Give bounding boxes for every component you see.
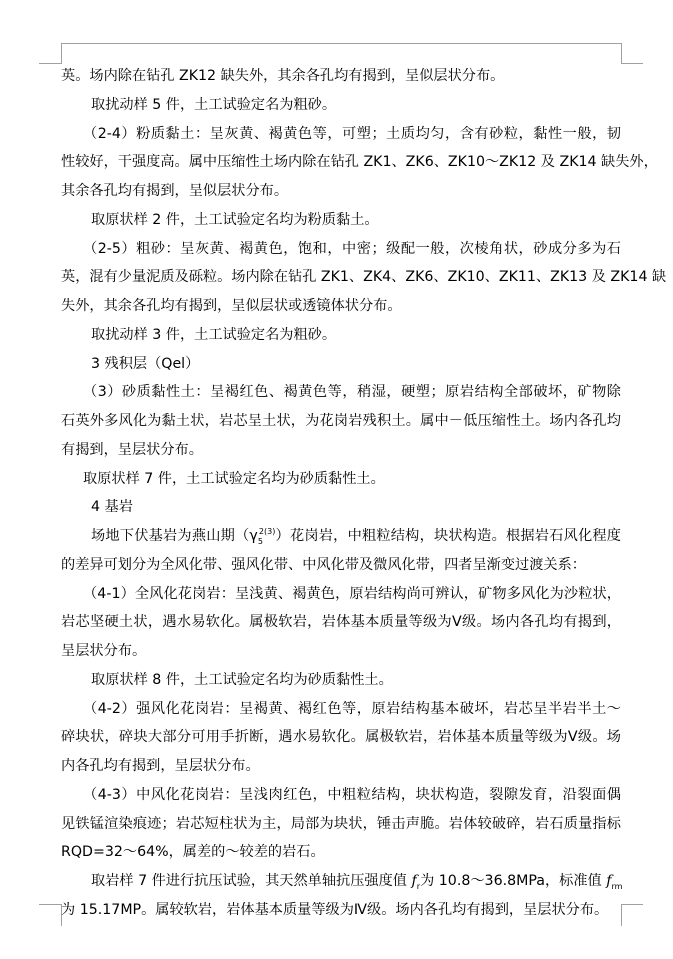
paragraph-line: RQD=32～64%，属差的～较差的岩石。 xyxy=(61,838,621,867)
strength-text-2: 为 10.8～36.8MPa，标准值 xyxy=(420,873,606,889)
paragraph-line: 的差异可划分为全风化带、强风化带、中风化带及微风化带，四者呈渐变过渡关系： xyxy=(61,551,621,580)
paragraph-line: 岩芯坚硬土状，遇水易软化。属极软岩，岩体基本质量等级为Ⅴ级。场内各孔均有揭到， xyxy=(61,608,621,637)
paragraph-line: 英，混有少量泥质及砾粒。场内除在钻孔 ZK1、ZK4、ZK6、ZK10、ZK11… xyxy=(61,263,621,292)
paragraph-line: 内各孔均有揭到，呈层状分布。 xyxy=(61,752,621,781)
paragraph-line: （4-2）强风化花岗岩：呈褐黄、褐红色等，原岩结构基本破坏，岩芯呈半岩半土～ xyxy=(61,695,621,724)
paragraph-line: （4-3）中风化花岗岩：呈浅肉红色，中粗粒结构，块状构造，裂隙发育，沿裂面偶 xyxy=(61,781,621,810)
text-block-upper: 英。场内除在钻孔 ZK12 缺失外，其余各孔均有揭到，呈似层状分布。取扰动样 5… xyxy=(61,62,621,522)
paragraph-line: 有揭到，呈层状分布。 xyxy=(61,436,621,465)
corner-mark-top-left-horizontal xyxy=(39,63,62,64)
paragraph-line: 失外，其余各孔均有揭到，呈似层状或透镜体状分布。 xyxy=(61,292,621,321)
corner-mark-top-right-horizontal xyxy=(621,63,643,64)
formula-subscript: 5 xyxy=(258,537,263,546)
paragraph-line: 见铁锰渲染痕迹；岩芯短柱状为主，局部为块状，锤击声脆。岩体较破碎，岩石质量指标 xyxy=(61,810,621,839)
paragraph-line: 英。场内除在钻孔 ZK12 缺失外，其余各孔均有揭到，呈似层状分布。 xyxy=(61,62,621,91)
paragraph-line: （4-1）全风化花岗岩：呈浅黄、褐黄色，原岩结构尚可辨认，矿物多风化为沙粒状， xyxy=(61,580,621,609)
formula-superscript: 2(3) xyxy=(259,527,275,536)
paragraph-line: 其余各孔均有揭到，呈似层状分布。 xyxy=(61,177,621,206)
paragraph-line: 4 基岩 xyxy=(61,493,621,522)
paragraph-line: 性较好，干强度高。属中压缩性土场内除在钻孔 ZK1、ZK6、ZK10～ZK12 … xyxy=(61,148,621,177)
paragraph-line: 碎块状，碎块大部分可用手折断，遇水易软化。属极软岩，岩体基本质量等级为Ⅴ级。场 xyxy=(61,723,621,752)
paragraph-line: 3 残积层（Qel） xyxy=(61,350,621,379)
strength-text-1: 取岩样 7 件进行抗压试验，其天然单轴抗压强度值 xyxy=(91,873,412,889)
corner-mark-bottom-right-horizontal xyxy=(621,904,643,905)
corner-mark-bottom-right-vertical xyxy=(621,904,622,926)
document-body: 英。场内除在钻孔 ZK12 缺失外，其余各孔均有揭到，呈似层状分布。取扰动样 5… xyxy=(61,62,621,925)
paragraph-line: 呈层状分布。 xyxy=(61,637,621,666)
paragraph-line-last: 为 15.17MP。属较软岩，岩体基本质量等级为Ⅳ级。场内各孔均有揭到，呈层状分… xyxy=(61,896,621,925)
paragraph-line: （2-4）粉质黏土：呈灰黄、褐黄色等，可塑；土质均匀，含有砂粒，黏性一般，韧 xyxy=(61,120,621,149)
paragraph-line: 取扰动样 3 件，土工试验定名为粗砂。 xyxy=(61,321,621,350)
text-block-lower: 的差异可划分为全风化带、强风化带、中风化带及微风化带，四者呈渐变过渡关系：（4-… xyxy=(61,551,621,867)
paragraph-line: 石英外多风化为黏土状，岩芯呈土状，为花岗岩残积土。属中－低压缩性土。场内各孔均 xyxy=(61,407,621,436)
paragraph-line: 取原状样 2 件，土工试验定名均为粉质黏土。 xyxy=(61,206,621,235)
formula-line: 场地下伏基岩为燕山期（γ52(3)）花岗岩，中粗粒结构，块状构造。根据岩石风化程… xyxy=(61,522,621,551)
formula-text-after: ）花岗岩，中粗粒结构，块状构造。根据岩石风化程度 xyxy=(275,528,621,544)
header-rule xyxy=(61,43,622,44)
paragraph-line: 取原状样 8 件，土工试验定名均为砂质黏性土。 xyxy=(61,666,621,695)
formula-text-before: 场地下伏基岩为燕山期（γ xyxy=(91,528,258,544)
strength-line: 取岩样 7 件进行抗压试验，其天然单轴抗压强度值 fr为 10.8～36.8MP… xyxy=(61,867,621,896)
corner-mark-top-left-vertical xyxy=(61,43,62,64)
corner-mark-top-right-vertical xyxy=(621,43,622,64)
paragraph-line: 取原状样 7 件，土工试验定名均为砂质黏性土。 xyxy=(61,465,621,494)
symbol-frm-subscript: rm xyxy=(612,882,623,891)
corner-mark-bottom-left-horizontal xyxy=(39,904,62,905)
paragraph-line: 取扰动样 5 件，土工试验定名为粗砂。 xyxy=(61,91,621,120)
paragraph-line: （2-5）粗砂：呈灰黄、褐黄色，饱和，中密；级配一般，次棱角状，砂成分多为石 xyxy=(61,235,621,264)
paragraph-line: （3）砂质黏性土：呈褐红色、褐黄色等，稍湿，硬塑；原岩结构全部破坏，矿物除 xyxy=(61,378,621,407)
